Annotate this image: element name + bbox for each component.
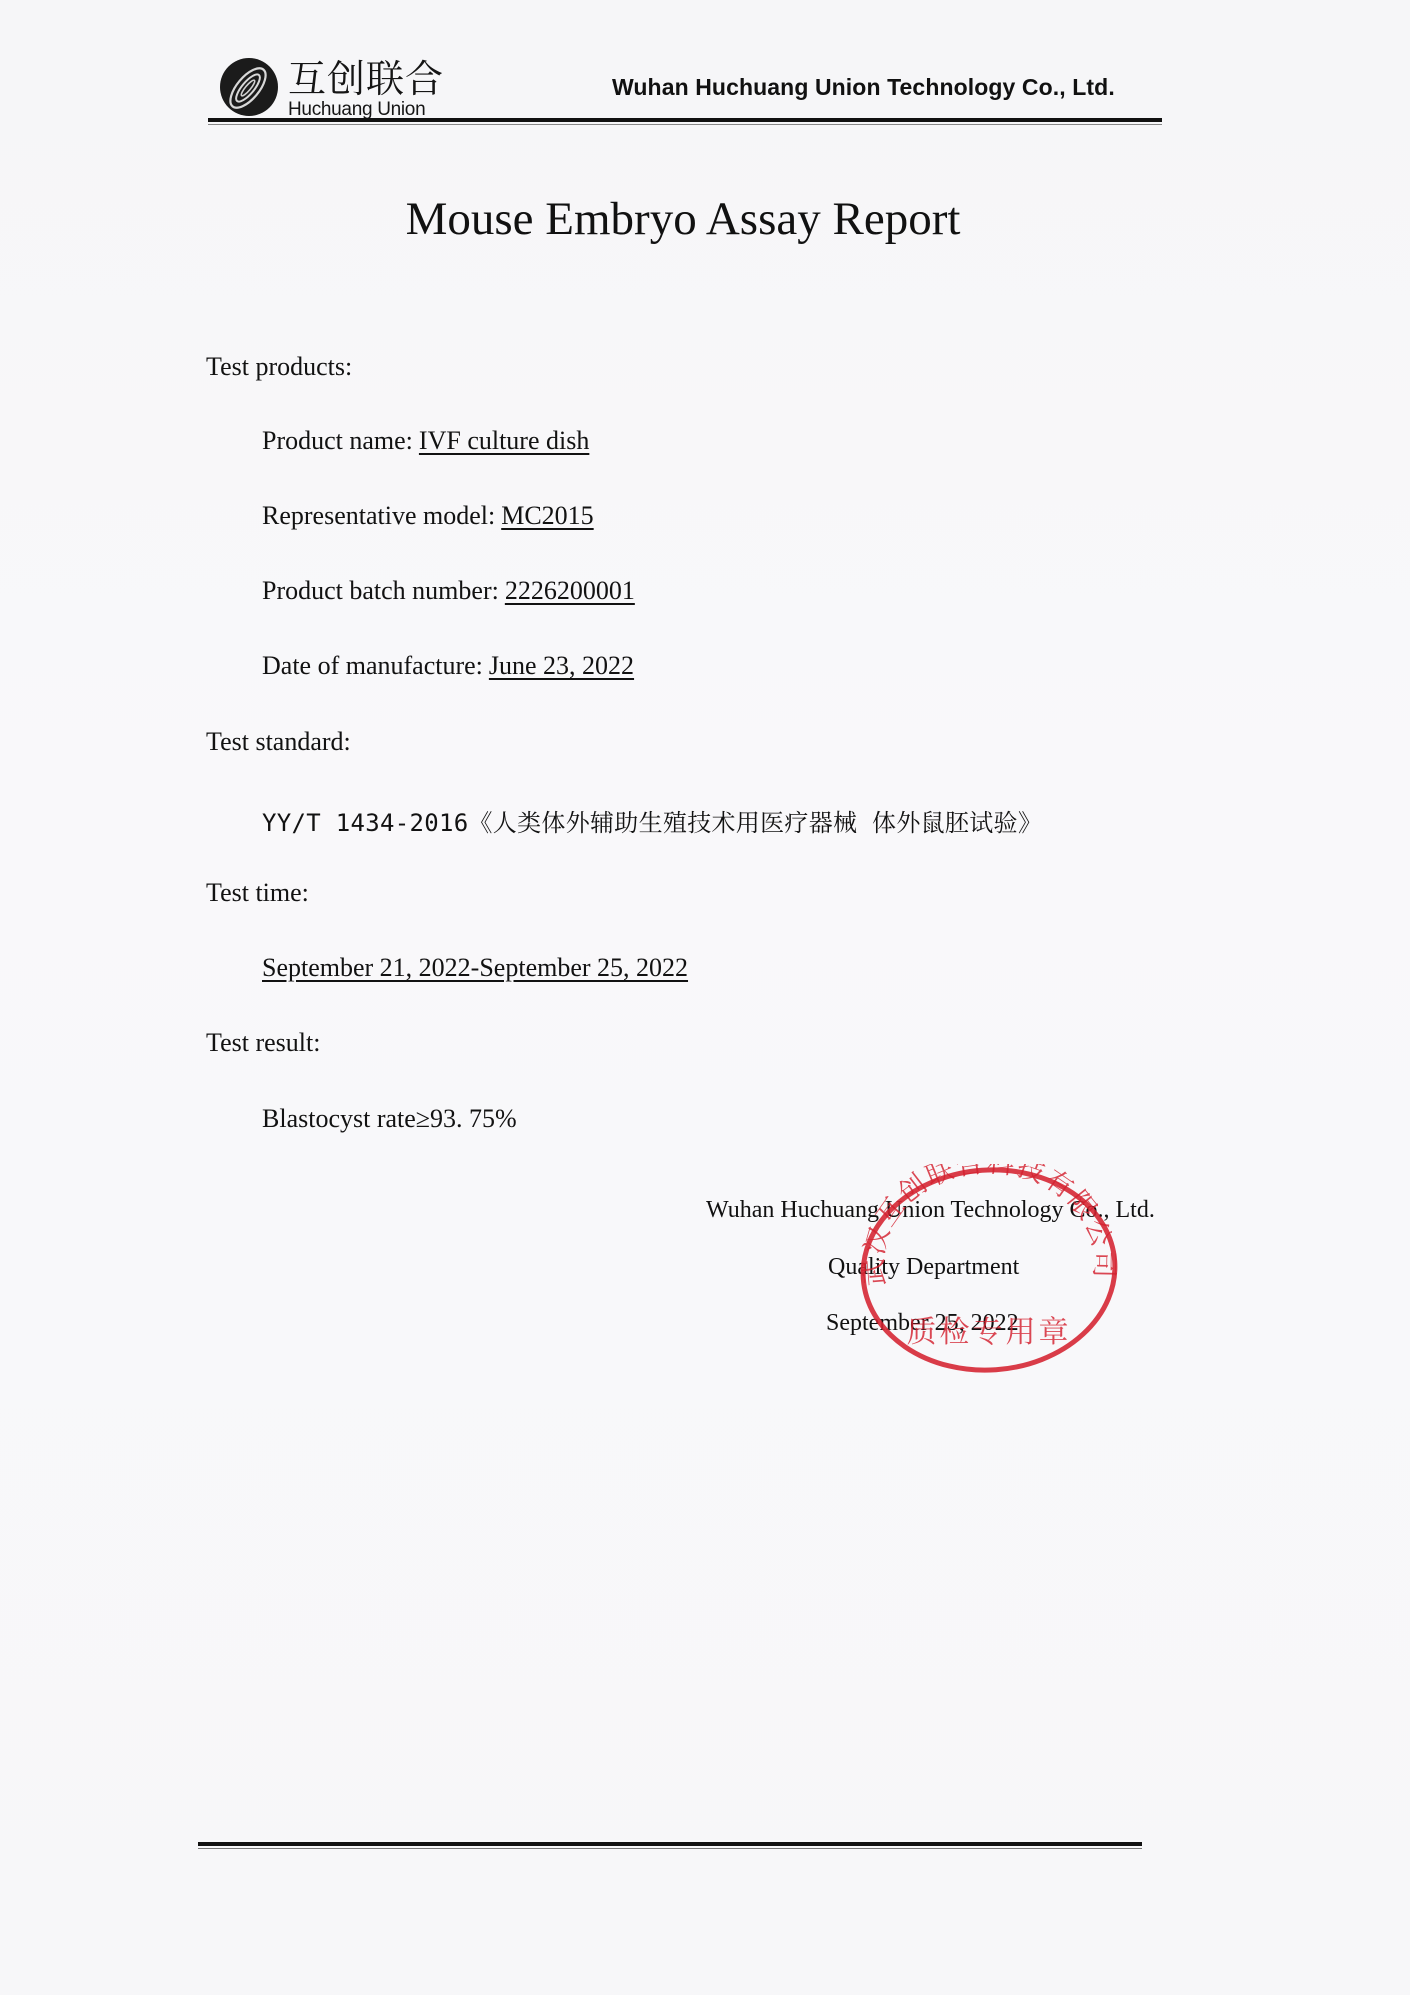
- logo-english-name: Huchuang Union: [288, 100, 444, 119]
- page-title: Mouse Embryo Assay Report: [0, 192, 1366, 246]
- product-name-row: Product name:IVF culture dish: [262, 426, 589, 456]
- product-name-value: IVF culture dish: [419, 426, 589, 455]
- test-result-heading: Test result:: [206, 1028, 320, 1058]
- test-products-heading: Test products:: [206, 352, 352, 382]
- test-result-value: Blastocyst rate≥93. 75%: [262, 1104, 517, 1134]
- representative-model-value: MC2015: [501, 501, 593, 530]
- test-time-heading: Test time:: [206, 878, 309, 908]
- batch-number-row: Product batch number:2226200001: [262, 576, 635, 606]
- logo-chinese-name: 互创联合: [288, 60, 444, 98]
- product-name-label: Product name:: [262, 426, 413, 455]
- batch-number-label: Product batch number:: [262, 576, 499, 605]
- company-logo: 互创联合 Huchuang Union: [218, 56, 444, 122]
- header-divider-thin: [208, 124, 1162, 125]
- manufacture-date-row: Date of manufacture:June 23, 2022: [262, 651, 634, 681]
- document-page: 互创联合 Huchuang Union Wuhan Huchuang Union…: [0, 0, 1410, 1995]
- header-divider: [208, 118, 1162, 122]
- logo-emblem-icon: [218, 56, 280, 118]
- test-time-value: September 21, 2022-September 25, 2022: [262, 953, 688, 983]
- batch-number-value: 2226200001: [505, 576, 635, 605]
- footer-divider-thin: [198, 1848, 1142, 1849]
- representative-model-label: Representative model:: [262, 501, 495, 530]
- signature-department: Quality Department: [828, 1254, 1019, 1281]
- representative-model-row: Representative model:MC2015: [262, 501, 594, 531]
- manufacture-date-label: Date of manufacture:: [262, 651, 483, 680]
- header-company-name: Wuhan Huchuang Union Technology Co., Ltd…: [612, 74, 1115, 101]
- signature-date: September 25, 2022: [826, 1310, 1019, 1337]
- test-standard-heading: Test standard:: [206, 727, 351, 757]
- signature-company: Wuhan Huchuang Union Technology Co., Ltd…: [706, 1197, 1155, 1224]
- manufacture-date-value: June 23, 2022: [489, 651, 634, 680]
- test-standard-value: YY/T 1434-2016《人类体外辅助生殖技术用医疗器械 体外鼠胚试验》: [262, 803, 1042, 838]
- footer-divider: [198, 1842, 1142, 1846]
